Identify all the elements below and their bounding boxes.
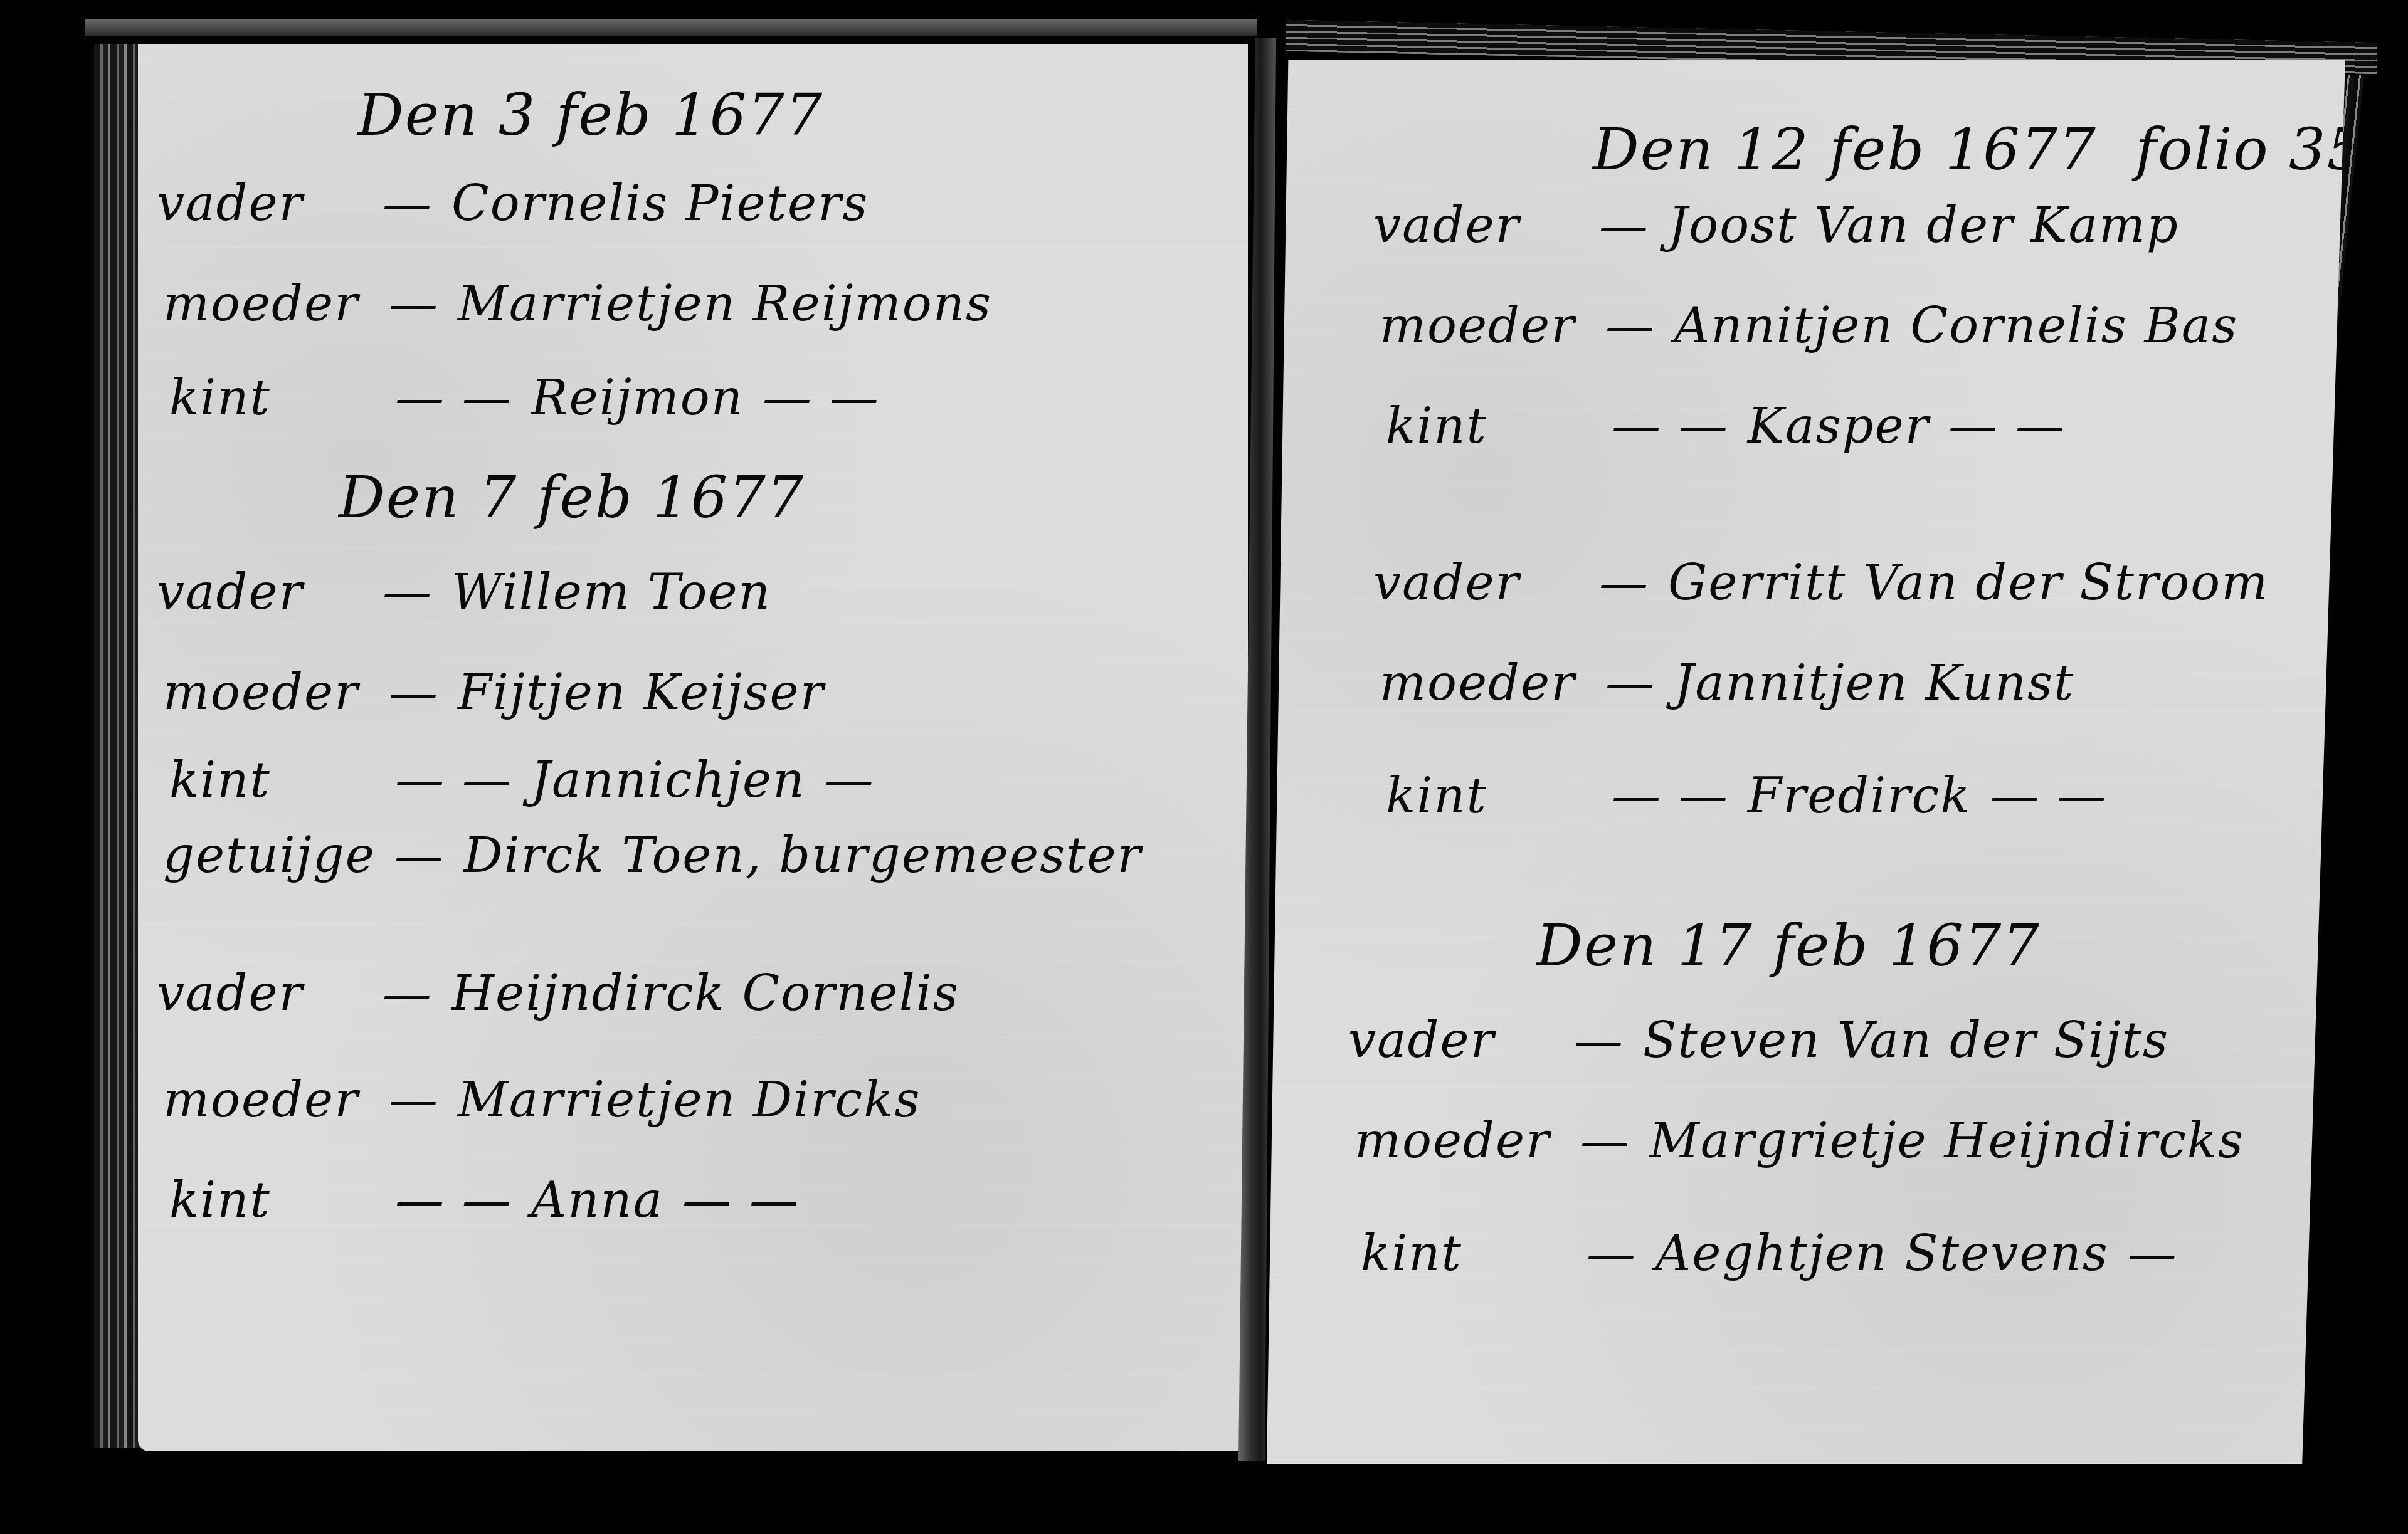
mother-label: moeder — [1380, 655, 1587, 712]
father-name: Cornelis Pieters — [451, 176, 869, 232]
father-line: vader—Willem Toen — [157, 564, 771, 621]
child-label: kint — [169, 752, 376, 809]
child-line: kint— —Reijmon— — — [169, 370, 899, 426]
father-line: vader—Joost Van der Kamp — [1373, 197, 2179, 254]
right-page: Den 12 feb 1677 folio 35 vader—Joost Van… — [1267, 60, 2345, 1464]
child-name: Reijmon — [531, 370, 744, 426]
mother-label: moeder — [1380, 298, 1587, 354]
father-name: Gerritt Van der Stroom — [1668, 555, 2269, 611]
mother-line: moeder—Marrietjen Dircks — [163, 1072, 921, 1128]
mother-name: Marrietjen Dircks — [458, 1072, 921, 1128]
witness-name: Dirck Toen, burgemeester — [463, 827, 1142, 884]
child-label: kint — [169, 370, 376, 426]
child-name: Anna — [531, 1172, 663, 1229]
mother-line: moeder—Fijtjen Keijser — [163, 665, 825, 721]
entry-date: Den 3 feb 1677 — [357, 81, 823, 149]
father-name: Joost Van der Kamp — [1668, 197, 2179, 254]
father-line: vader—Gerritt Van der Stroom — [1373, 555, 2269, 611]
entry-date: Den 12 feb 1677 — [1593, 116, 2097, 183]
father-line: vader—Heijndirck Cornelis — [157, 965, 959, 1022]
father-line: vader—Steven Van der Sijts — [1348, 1012, 2169, 1069]
mother-name: Jannitjen Kunst — [1674, 655, 2074, 712]
father-name: Steven Van der Sijts — [1643, 1012, 2169, 1069]
left-page: Den 3 feb 1677 vader—Cornelis Pieters mo… — [138, 44, 1248, 1451]
mother-name: Margrietje Heijndircks — [1649, 1113, 2244, 1169]
child-label: kint — [169, 1172, 376, 1229]
left-page-top-edge — [85, 19, 1257, 36]
father-name: Heijndirck Cornelis — [451, 965, 959, 1022]
father-line: vader—Cornelis Pieters — [157, 176, 869, 232]
mother-label: moeder — [163, 665, 370, 721]
child-line: kint— —Jannichjen— — [169, 752, 894, 809]
mother-line: moeder—Margrietje Heijndircks — [1354, 1113, 2244, 1169]
child-line: kint— —Anna— — — [169, 1172, 818, 1229]
mother-label: moeder — [163, 1072, 370, 1128]
child-label: kint — [1361, 1226, 1568, 1282]
child-label: kint — [1386, 768, 1593, 824]
child-line: kint— —Fredirck— — — [1386, 768, 2126, 824]
witness-label: getuijge — [163, 827, 376, 884]
entry-date: Den 17 feb 1677 — [1536, 912, 2041, 979]
child-line: kint—Aeghtjen Stevens— — [1361, 1226, 2197, 1282]
father-name: Willem Toen — [451, 564, 771, 621]
father-label: vader — [1348, 1012, 1555, 1069]
father-label: vader — [157, 965, 364, 1022]
mother-line: moeder—Annitjen Cornelis Bas — [1380, 298, 2238, 354]
child-name: Kasper — [1748, 398, 1930, 454]
mother-label: moeder — [163, 276, 370, 332]
father-label: vader — [1373, 555, 1580, 611]
folio-number: folio 35 — [2135, 116, 2365, 183]
child-name: Jannichjen — [531, 752, 806, 809]
entry-date: Den 7 feb 1677 — [339, 464, 805, 531]
child-label: kint — [1386, 398, 1593, 454]
father-label: vader — [157, 564, 364, 621]
father-label: vader — [157, 176, 364, 232]
mother-line: moeder—Jannitjen Kunst — [1380, 655, 2074, 712]
mother-name: Fijtjen Keijser — [458, 665, 825, 721]
mother-name: Marrietjen Reijmons — [458, 276, 992, 332]
witness-line: getuijge—Dirck Toen, burgemeester — [163, 827, 1142, 884]
entry-date-with-folio: Den 12 feb 1677 folio 35 — [1593, 116, 2365, 183]
mother-label: moeder — [1354, 1113, 1561, 1169]
child-name: Aeghtjen Stevens — [1655, 1226, 2109, 1282]
child-name: Fredirck — [1748, 768, 1972, 824]
father-label: vader — [1373, 197, 1580, 254]
mother-name: Annitjen Cornelis Bas — [1674, 298, 2238, 354]
mother-line: moeder—Marrietjen Reijmons — [163, 276, 992, 332]
child-line: kint— —Kasper— — — [1386, 398, 2084, 454]
